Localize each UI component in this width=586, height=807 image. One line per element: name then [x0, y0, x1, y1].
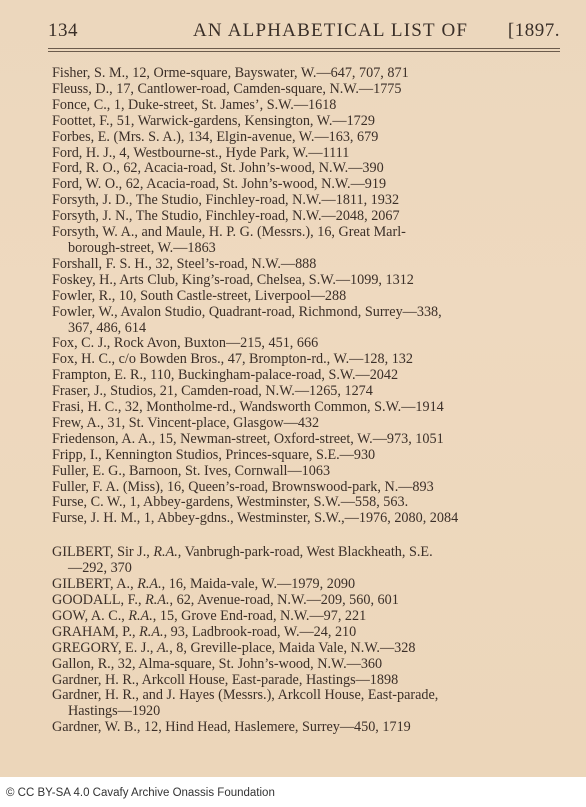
book-page: 134 AN ALPHABETICAL LIST OF [1897. Fishe… — [0, 0, 586, 777]
list-item-continuation: —292, 370 — [52, 561, 564, 577]
list-item: Ford, W. O., 62, Acacia-road, St. John’s… — [52, 177, 564, 193]
page-number: 134 — [48, 20, 78, 42]
list-item: Gardner, H. R., Arkcoll House, East-para… — [52, 673, 564, 689]
list-item: Ford, R. O., 62, Acacia-road, St. John’s… — [52, 161, 564, 177]
list-item: Fuller, F. A. (Miss), 16, Queen’s-road, … — [52, 480, 564, 496]
list-item: Friedenson, A. A., 15, Newman-street, Ox… — [52, 432, 564, 448]
academy-title: R.A. — [137, 576, 161, 592]
list-item: Forsyth, W. A., and Maule, H. P. G. (Mes… — [52, 225, 564, 241]
list-item: Fox, H. C., c/o Bowden Bros., 47, Brompt… — [52, 352, 564, 368]
header-rule-top — [48, 48, 560, 49]
list-item: GRAHAM, P., R.A., 93, Ladbrook-road, W.—… — [52, 625, 564, 641]
year-label: [1897. — [508, 20, 560, 42]
academy-title: A. — [157, 640, 169, 656]
list-item: Ford, H. J., 4, Westbourne-st., Hyde Par… — [52, 146, 564, 162]
list-item: Furse, J. H. M., 1, Abbey-gdns., Westmin… — [52, 511, 564, 527]
list-item: Frasi, H. C., 32, Montholme-rd., Wandswo… — [52, 400, 564, 416]
list-item: GILBERT, Sir J., R.A., Vanbrugh-park-roa… — [52, 545, 564, 561]
list-item: Fisher, S. M., 12, Orme-square, Bayswate… — [52, 66, 564, 82]
list-item-continuation: borough-street, W.—1863 — [52, 241, 564, 257]
list-item: Forsyth, J. N., The Studio, Finchley-roa… — [52, 209, 564, 225]
list-item: Forbes, E. (Mrs. S. A.), 134, Elgin-aven… — [52, 130, 564, 146]
list-item: Fripp, I., Kennington Studios, Princes-s… — [52, 448, 564, 464]
academy-title: R.A. — [145, 592, 169, 608]
list-item: Gallon, R., 32, Alma-square, St. John’s-… — [52, 657, 564, 673]
list-item: Fowler, W., Avalon Studio, Quadrant-road… — [52, 305, 564, 321]
academy-title: R.A. — [139, 624, 163, 640]
running-title: AN ALPHABETICAL LIST OF — [193, 20, 468, 42]
list-item: Foottet, F., 51, Warwick-gardens, Kensin… — [52, 114, 564, 130]
list-item: Furse, C. W., 1, Abbey-gardens, Westmins… — [52, 495, 564, 511]
directory-entries: Fisher, S. M., 12, Orme-square, Bayswate… — [52, 66, 564, 736]
list-item: Frampton, E. R., 110, Buckingham-palace-… — [52, 368, 564, 384]
section-gap — [52, 527, 564, 545]
list-item: Forshall, F. S. H., 32, Steel’s-road, N.… — [52, 257, 564, 273]
list-item: Gardner, W. B., 12, Hind Head, Haslemere… — [52, 720, 564, 736]
list-item: Frew, A., 31, St. Vincent-place, Glasgow… — [52, 416, 564, 432]
list-item: Forsyth, J. D., The Studio, Finchley-roa… — [52, 193, 564, 209]
list-item: Fraser, J., Studios, 21, Camden-road, N.… — [52, 384, 564, 400]
academy-title: R.A. — [128, 608, 152, 624]
list-item: GOODALL, F., R.A., 62, Avenue-road, N.W.… — [52, 593, 564, 609]
list-item: Foskey, H., Arts Club, King’s-road, Chel… — [52, 273, 564, 289]
copyright-credit: © CC BY-SA 4.0 Cavafy Archive Onassis Fo… — [6, 787, 275, 799]
list-item: Fowler, R., 10, South Castle-street, Liv… — [52, 289, 564, 305]
list-item: GILBERT, A., R.A., 16, Maida-vale, W.—19… — [52, 577, 564, 593]
list-item: GREGORY, E. J., A., 8, Greville-place, M… — [52, 641, 564, 657]
list-item-continuation: 367, 486, 614 — [52, 321, 564, 337]
list-item: Fonce, C., 1, Duke-street, St. James’, S… — [52, 98, 564, 114]
header-rule-bottom — [48, 51, 560, 52]
academy-title: R.A. — [153, 544, 177, 560]
list-item: Fox, C. J., Rock Avon, Buxton—215, 451, … — [52, 336, 564, 352]
list-item: Fuller, E. G., Barnoon, St. Ives, Cornwa… — [52, 464, 564, 480]
list-item-continuation: Hastings—1920 — [52, 704, 564, 720]
list-item: Gardner, H. R., and J. Hayes (Messrs.), … — [52, 688, 564, 704]
list-item: Fleuss, D., 17, Cantlower-road, Camden-s… — [52, 82, 564, 98]
list-item: GOW, A. C., R.A., 15, Grove End-road, N.… — [52, 609, 564, 625]
page-header: 134 AN ALPHABETICAL LIST OF [1897. — [48, 20, 560, 44]
